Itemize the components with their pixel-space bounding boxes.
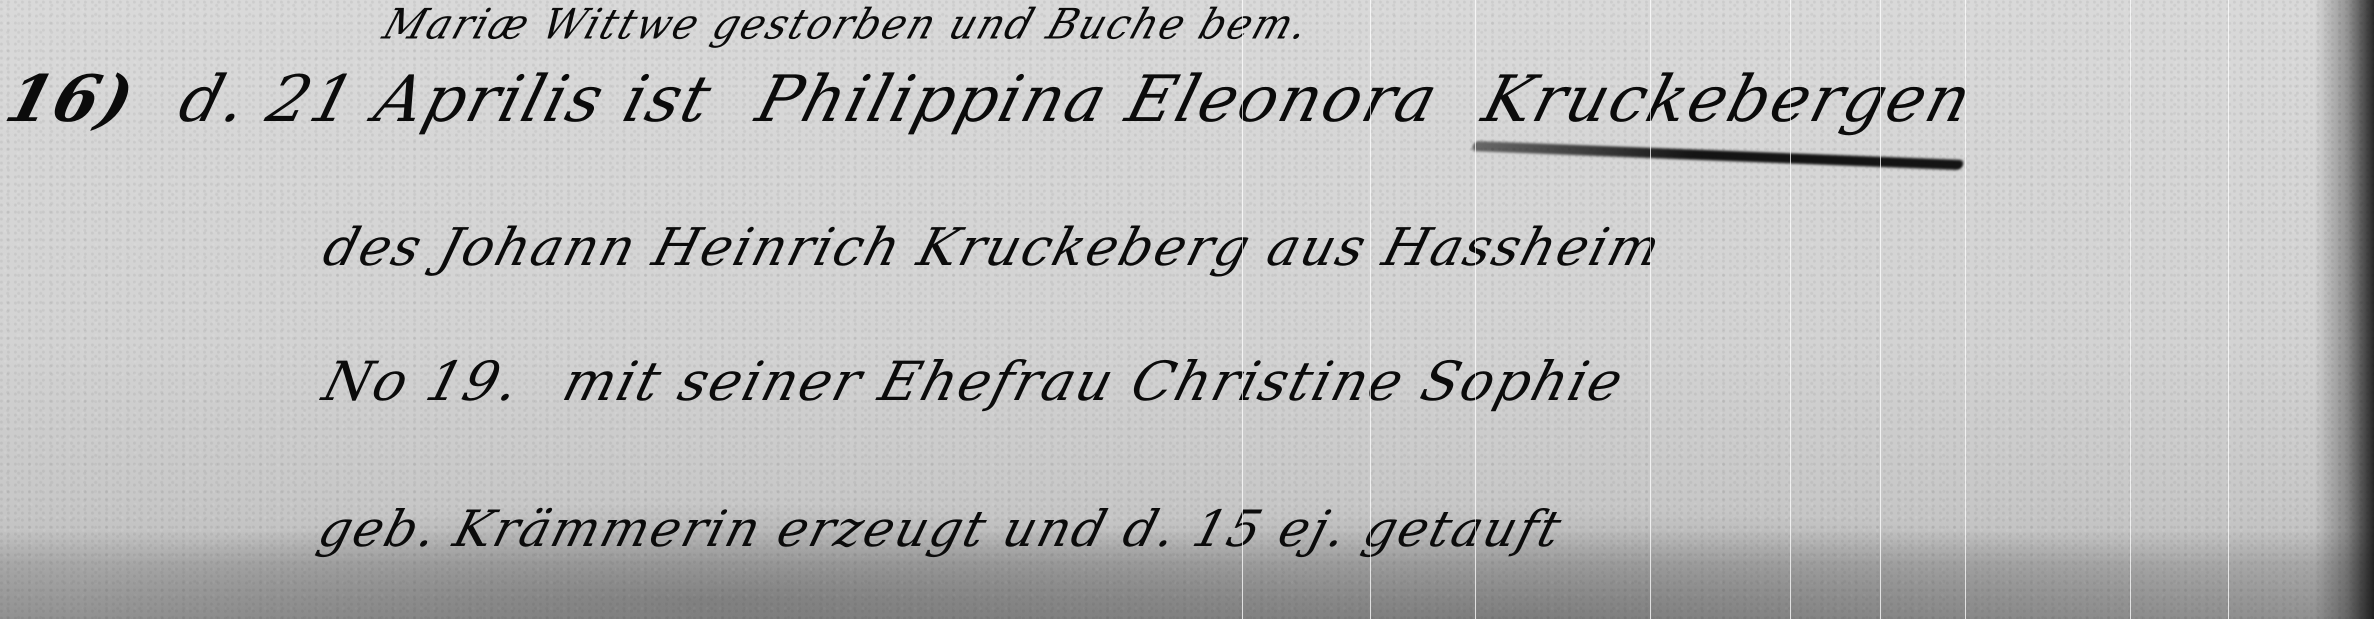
- line-0-text: Mariæ Wittwe gestorben und Buche bem.: [377, 1, 1316, 49]
- line-3-text: mit seiner Ehefrau Christine Sophie: [557, 350, 1632, 413]
- house-number: No 19.: [317, 350, 529, 413]
- surname-underline-mark: [1471, 141, 1964, 170]
- handwritten-line-4: geb. Krämmerin erzeugt und d. 15 ej. get…: [312, 500, 1569, 558]
- page-edge-shadow: [2314, 0, 2374, 619]
- line-2-text: des Johann Heinrich Kruckeberg aus Hassh…: [317, 218, 1668, 278]
- surname-text: Kruckebergen: [1475, 63, 1980, 137]
- line-4-text: geb. Krämmerin erzeugt und d. 15 ej. get…: [312, 500, 1569, 558]
- register-page-scan: Mariæ Wittwe gestorben und Buche bem. 16…: [0, 0, 2374, 619]
- handwritten-line-3: No 19. mit seiner Ehefrau Christine Soph…: [317, 350, 1632, 413]
- entry-number: 16): [0, 62, 143, 137]
- handwritten-line-1: 16) d. 21 Aprilis ist Philippina Eleonor…: [0, 62, 1981, 137]
- handwritten-line-2: des Johann Heinrich Kruckeberg aus Hassh…: [317, 218, 1668, 278]
- surname-underlined: Kruckebergen: [1475, 63, 1980, 137]
- scan-scratch-line: [2130, 0, 2131, 619]
- scan-scratch-line: [2228, 0, 2229, 619]
- given-names: Philippina Eleonora: [749, 63, 1447, 137]
- handwritten-line-0: Mariæ Wittwe gestorben und Buche bem.: [377, 1, 1316, 49]
- entry-date: d. 21 Aprilis ist: [172, 63, 721, 137]
